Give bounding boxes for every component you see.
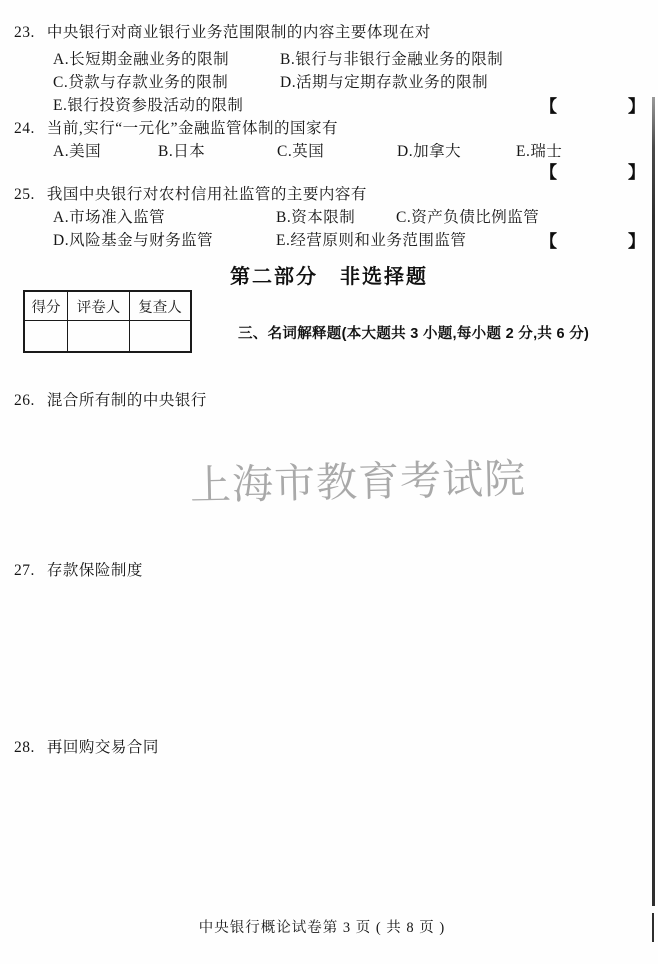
question-28-stem: 再回购交易合同	[47, 735, 159, 757]
question-26-line: 26.混合所有制的中央银行	[14, 388, 207, 410]
question-23-stem-line: 23.中央银行对商业银行业务范围限制的内容主要体现在对	[14, 20, 431, 42]
score-table-header-score: 得分	[24, 291, 68, 321]
question-26-number: 26.	[14, 392, 35, 410]
question-27-line: 27.存款保险制度	[14, 558, 143, 580]
page-footer: 中央银行概论试卷第 3 页 ( 共 8 页 )	[0, 916, 644, 937]
scan-edge-line-lower	[652, 913, 654, 942]
question-24-option-a: A.美国	[53, 139, 158, 161]
question-24-number: 24.	[14, 120, 35, 138]
question-24-stem: 当前,实行“一元化”金融监管体制的国家有	[47, 116, 338, 138]
question-23-option-d: D.活期与定期存款业务的限制	[280, 70, 488, 92]
question-25-option-c: C.资产负债比例监管	[396, 205, 539, 227]
question-23-options-row-3: E.银行投资参股活动的限制	[53, 93, 243, 115]
question-28-line: 28.再回购交易合同	[14, 735, 159, 757]
question-27-number: 27.	[14, 562, 35, 580]
question-23-number: 23.	[14, 24, 35, 42]
question-24-stem-line: 24.当前,实行“一元化”金融监管体制的国家有	[14, 116, 338, 138]
question-25-stem: 我国中央银行对农村信用社监管的主要内容有	[47, 182, 367, 204]
question-26-stem: 混合所有制的中央银行	[47, 388, 207, 410]
question-24-answer-bracket-close: 】	[628, 158, 645, 183]
question-25-answer-bracket-open: 【	[540, 227, 557, 252]
question-23-option-a: A.长短期金融业务的限制	[53, 47, 280, 69]
question-23-options-row-2: C.贷款与存款业务的限制D.活期与定期存款业务的限制	[53, 70, 488, 92]
score-table-cell-score	[24, 321, 68, 353]
question-25-option-e: E.经营原则和业务范围监管	[276, 228, 466, 250]
question-25-number: 25.	[14, 186, 35, 204]
question-24-options-row: A.美国B.日本C.英国D.加拿大E.瑞士	[53, 139, 562, 161]
score-table-cell-grader	[68, 321, 130, 353]
score-table: 得分 评卷人 复查人	[23, 290, 192, 353]
question-23-option-e: E.银行投资参股活动的限制	[53, 93, 243, 115]
score-table-empty-row	[24, 321, 191, 353]
question-25-stem-line: 25.我国中央银行对农村信用社监管的主要内容有	[14, 182, 367, 204]
question-25-option-a: A.市场准入监管	[53, 205, 276, 227]
question-25-options-row-2: D.风险基金与财务监管E.经营原则和业务范围监管	[53, 228, 466, 250]
question-25-option-b: B.资本限制	[276, 205, 396, 227]
scan-edge-line-upper	[652, 97, 655, 906]
question-25-answer-bracket-close: 】	[628, 227, 645, 252]
score-table-header-row: 得分 评卷人 复查人	[24, 291, 191, 321]
question-25-option-d: D.风险基金与财务监管	[53, 228, 276, 250]
question-23-option-c: C.贷款与存款业务的限制	[53, 70, 280, 92]
watermark-exam-authority: 上海市教育考试院	[189, 445, 526, 511]
question-23-option-b: B.银行与非银行金融业务的限制	[280, 47, 503, 69]
question-24-answer-bracket-open: 【	[540, 158, 557, 183]
exam-paper-page: 23.中央银行对商业银行业务范围限制的内容主要体现在对 A.长短期金融业务的限制…	[0, 0, 658, 964]
section3-subsection-title: 三、名词解释题(本大题共 3 小题,每小题 2 分,共 6 分)	[238, 322, 589, 343]
question-23-stem: 中央银行对商业银行业务范围限制的内容主要体现在对	[47, 20, 431, 42]
question-24-option-b: B.日本	[158, 139, 277, 161]
question-24-option-d: D.加拿大	[397, 139, 516, 161]
question-28-number: 28.	[14, 739, 35, 757]
score-table-cell-reviewer	[130, 321, 192, 353]
score-table-header-grader: 评卷人	[68, 291, 130, 321]
question-27-stem: 存款保险制度	[47, 558, 143, 580]
question-24-option-c: C.英国	[277, 139, 397, 161]
question-23-answer-bracket-open: 【	[540, 92, 557, 117]
question-23-answer-bracket-close: 】	[628, 92, 645, 117]
score-table-header-reviewer: 复查人	[130, 291, 192, 321]
question-23-options-row-1: A.长短期金融业务的限制B.银行与非银行金融业务的限制	[53, 47, 503, 69]
question-25-options-row-1: A.市场准入监管B.资本限制C.资产负债比例监管	[53, 205, 539, 227]
part2-title: 第二部分 非选择题	[0, 260, 658, 289]
